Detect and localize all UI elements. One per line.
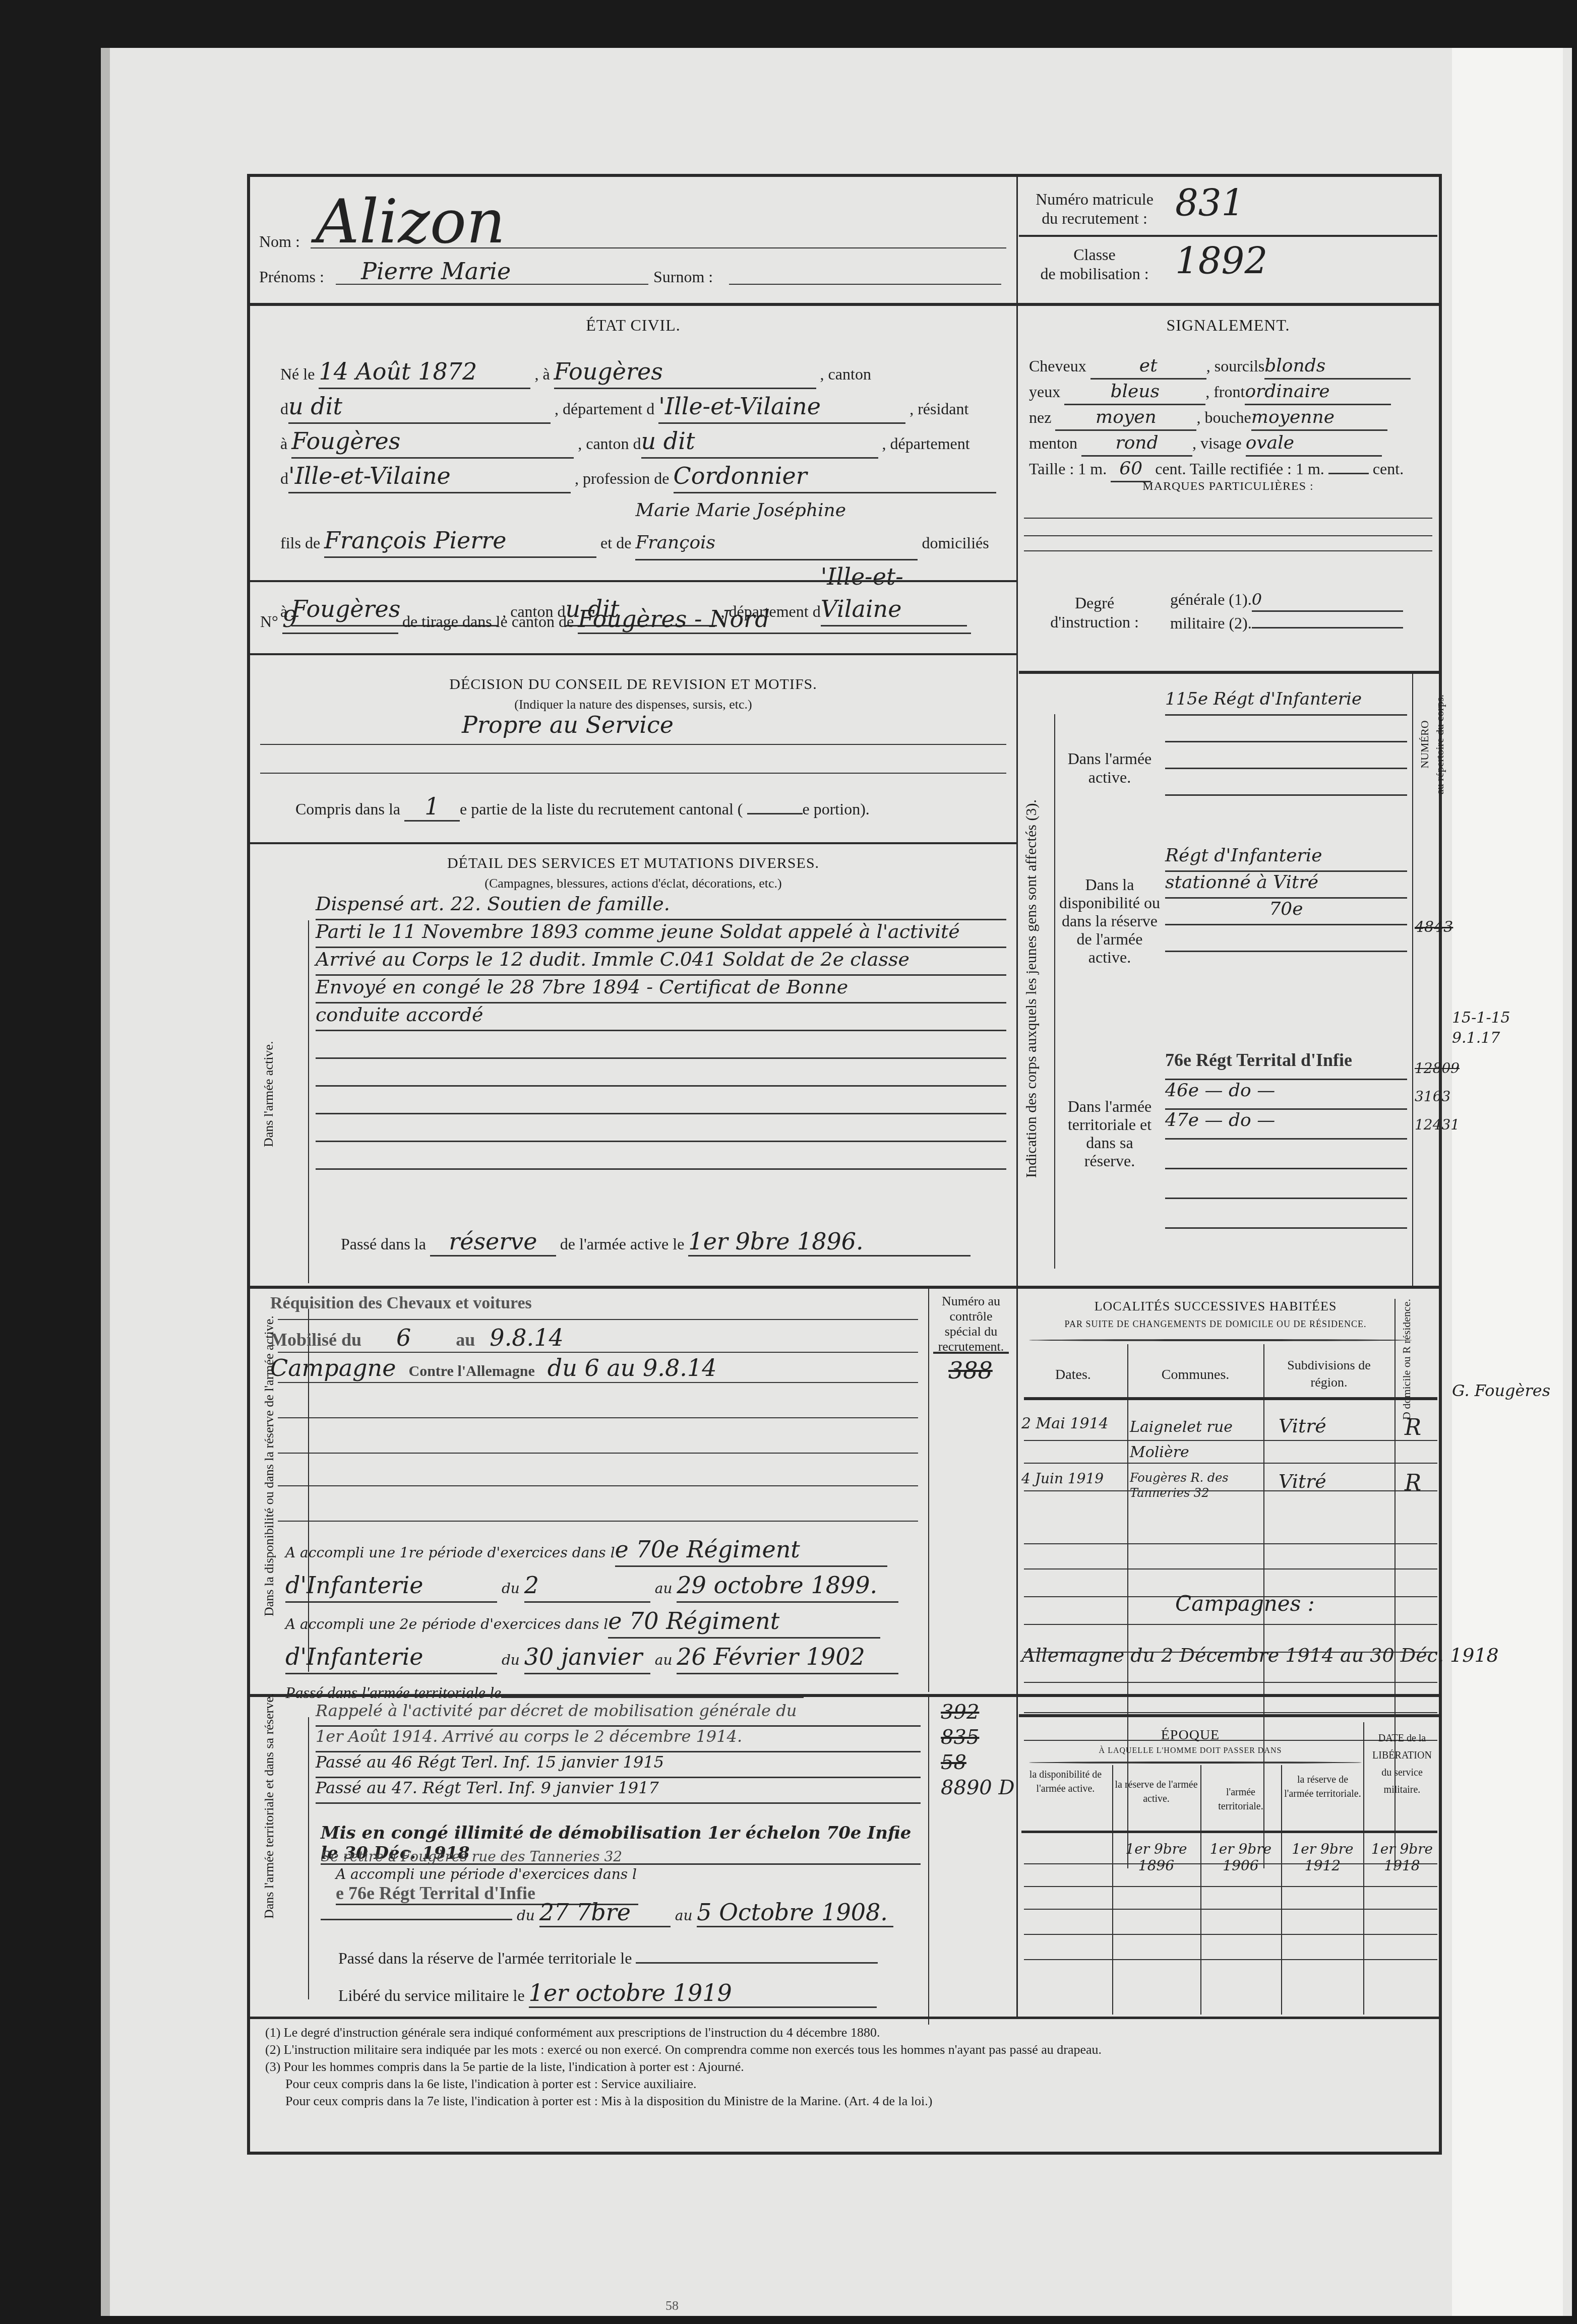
disponibilite-line — [1165, 925, 1407, 952]
militaire-label: militaire (2). — [1170, 614, 1252, 632]
visage-value: ovale — [1246, 431, 1382, 457]
passe-value-2: 1er 9bre 1896. — [688, 1228, 971, 1257]
matricule-value: 831 — [1175, 182, 1244, 224]
campagne-hw: Campagne — [270, 1354, 396, 1381]
localite-subdivision: Vitré — [1279, 1415, 1326, 1437]
taille-rectifiee-label: cent. Taille rectifiée : 1 m. — [1155, 460, 1324, 478]
etat-civil-title: ÉTAT CIVIL. — [250, 316, 1016, 335]
periode1-value: e 70e Régiment — [615, 1533, 887, 1567]
mobilise-from: 6 — [396, 1324, 411, 1351]
surnom-label: Surnom : — [653, 268, 713, 286]
disponibilite-line: 70e — [1165, 899, 1407, 925]
classe-label-1: Classe — [1029, 245, 1160, 264]
numero-repertoire-label: NUMÉRO au répertoire du corps. — [1417, 679, 1447, 810]
reserve-territoriale-row: Passé dans la réserve de l'armée territo… — [338, 1949, 923, 1968]
classe-label-2: de mobilisation : — [1029, 264, 1160, 283]
identity-block: Nom : Alizon Prénoms : Pierre Marie Surn… — [250, 177, 1016, 303]
residence-departement-value: 'Ille-et-Vilaine — [288, 460, 571, 493]
campagne-stamp: Contre l'Allemagne — [409, 1363, 535, 1379]
footnote: Pour ceux compris dans la 6e liste, l'in… — [265, 2076, 1425, 2093]
territoriale-line: Passé au 47. Régt Terl. Inf. 9 janvier 1… — [316, 1778, 921, 1804]
campagne-allemagne: Allemagne du 2 Décembre 1914 au 30 Déc. … — [1021, 1644, 1499, 1666]
epoque-col-header: la réserve de l'armée active. — [1115, 1778, 1198, 1806]
disponibilite-line: stationné à Vitré — [1165, 872, 1407, 899]
departement-value: 'Ille-et-Vilaine — [658, 390, 905, 424]
residence-a-label: à — [280, 434, 287, 453]
passe-label-2: de l'armée active le — [560, 1235, 685, 1253]
services-line — [316, 1087, 1006, 1114]
departement-label: , département d — [555, 400, 654, 418]
canton-prefix: d — [280, 400, 288, 418]
services-lines: Dispensé art. 22. Soutien de famille. Pa… — [316, 893, 1006, 1170]
territoriale-au-label: au — [675, 1907, 693, 1924]
territoriale-numero: 392 — [941, 1700, 1015, 1725]
yeux-label: yeux — [1029, 383, 1060, 401]
active-line — [1165, 742, 1407, 769]
col-dates-header: Dates. — [1019, 1367, 1127, 1383]
margin-dates: 15-1-15 9.1.17 — [1452, 1008, 1510, 1048]
record-frame: Nom : Alizon Prénoms : Pierre Marie Surn… — [247, 174, 1442, 2155]
territoriale-du: 27 7bre — [539, 1899, 671, 1927]
matricule-block: Numéro matricule du recrutement : 831 Cl… — [1019, 177, 1437, 303]
tirage-row: N° 9 de tirage dans le canton de Fougère… — [260, 605, 1006, 634]
col-communes-header: Communes. — [1127, 1367, 1263, 1383]
pere-value: François Pierre — [324, 524, 596, 558]
residence-canton-value: u dit — [641, 425, 878, 459]
localite-date: 2 Mai 1914 — [1021, 1415, 1125, 1432]
compris-label-2: e partie de la liste du recrutement cant… — [460, 800, 743, 818]
localite-dr: R — [1405, 1470, 1421, 1496]
visage-label: , visage — [1192, 434, 1242, 452]
territoriale-corps-line: 47e — do — — [1165, 1110, 1407, 1140]
nez-value: moyen — [1055, 405, 1196, 431]
bouche-value: moyenne — [1251, 405, 1387, 431]
residence-departement-prefix: d — [280, 469, 288, 487]
page-margin — [1452, 48, 1563, 2316]
services-line — [316, 1142, 1006, 1170]
tirage-canton-label: de tirage dans le canton de — [402, 612, 574, 631]
territoriale-numero: 835 — [941, 1725, 1015, 1750]
territoriale-corps-line: 46e — do — — [1165, 1080, 1407, 1110]
mobilise-au: au — [456, 1330, 475, 1350]
periode2-value: e 70 Régiment — [608, 1605, 880, 1639]
sourcils-value: blonds — [1264, 354, 1411, 380]
territoriale-side-label: Dans l'armée territoriale et dans sa rés… — [260, 1693, 278, 1919]
territoriale-corps-label: Dans l'armée territoriale et dans sa rés… — [1059, 1097, 1160, 1170]
compris-value: 1 — [404, 793, 460, 822]
profession-label: , profession de — [575, 469, 670, 487]
territoriale-numero: 8890 D — [941, 1775, 1015, 1800]
passe-reserve-row: Passé dans la réserve de l'armée active … — [341, 1228, 971, 1257]
disponibilite-corps-label: Dans la disponibilité ou dans la réserve… — [1059, 875, 1160, 966]
services-line — [316, 1114, 1006, 1142]
numero-label-2: au répertoire du corps. — [1432, 679, 1447, 810]
front-value: ordinaire — [1245, 380, 1391, 405]
cheveux-value: et — [1090, 354, 1206, 380]
territoriale-lines: Rappelé à l'activité par décret de mobil… — [316, 1701, 921, 1804]
canton-label: , canton — [820, 365, 871, 383]
localites-subtitle: PAR SUITE DE CHANGEMENTS DE DOMICILE OU … — [1019, 1319, 1412, 1330]
tirage-no-label: N° — [260, 612, 278, 631]
menton-label: menton — [1029, 434, 1077, 452]
services-title: DÉTAIL DES SERVICES ET MUTATIONS DIVERSE… — [250, 855, 1016, 872]
mobilise-label: Mobilisé du — [270, 1330, 361, 1350]
libere-value: 1er octobre 1919 — [529, 1979, 877, 2008]
reserve-territoriale-label: Passé dans la réserve de l'armée territo… — [338, 1949, 632, 1967]
territoriale-numero: 58 — [941, 1750, 1015, 1775]
campagne-dates: du 6 au 9.8.14 — [548, 1354, 717, 1381]
profession-value: Cordonnier — [674, 460, 996, 493]
epoque-value: 1er 9bre 1912 — [1284, 1841, 1362, 1874]
active-line — [1165, 769, 1407, 796]
territoriale-du-label: du — [517, 1907, 535, 1924]
periode1-block: A accompli une 1re période d'exercices d… — [285, 1533, 921, 1709]
corps-numero: 12431 — [1415, 1111, 1460, 1139]
yeux-value: bleus — [1064, 380, 1205, 405]
epoque-value: 1er 9bre 1906 — [1203, 1841, 1279, 1874]
front-label: , front — [1205, 383, 1245, 401]
residence-departement-label: , département — [882, 434, 970, 453]
territoriale-corps-line: 76e Régt Territal d'Infie — [1165, 1049, 1407, 1080]
taille-label: Taille : 1 m. — [1029, 460, 1107, 478]
epoque-col-header: la disponibilité de l'armée active. — [1021, 1768, 1110, 1796]
margin-date: 15-1-15 — [1452, 1008, 1510, 1028]
degre-label-2: d'instruction : — [1034, 612, 1155, 632]
compris-row: Compris dans la 1e partie de la liste du… — [295, 793, 870, 822]
taille-rectifiee-value — [1328, 473, 1369, 474]
nez-label: nez — [1029, 408, 1051, 426]
periode1-line2: d'Infanterie — [285, 1569, 497, 1603]
periode1-label: A accompli une 1re période d'exercices d… — [285, 1544, 615, 1561]
liberation-value: 1er 9bre 1918 — [1367, 1841, 1437, 1874]
cheveux-label: Cheveux — [1029, 357, 1086, 375]
territoriale-section: Dans l'armée territoriale et dans sa rés… — [250, 1697, 1016, 2025]
services-line: Arrivé au Corps le 12 dudit. Immle C.041… — [316, 948, 1006, 976]
epoque-title: ÉPOQUE — [1019, 1727, 1362, 1743]
requisition-stamp: Réquisition des Chevaux et voitures — [270, 1294, 532, 1313]
active-label: Dans l'armée active. — [1059, 749, 1160, 787]
epoque-col-header: l'armée territoriale. — [1203, 1785, 1279, 1813]
disponibilite-numero: 4843 — [1415, 918, 1453, 936]
tirage-canton-value: Fougères - Nord — [578, 605, 971, 634]
margin-note: G. Fougères — [1452, 1381, 1550, 1400]
nom-value: Alizon — [316, 187, 505, 257]
decision-section: DÉCISION DU CONSEIL DE REVISION ET MOTIF… — [250, 656, 1016, 822]
menton-value: rond — [1081, 431, 1192, 457]
passe-label-1: Passé dans la — [341, 1235, 426, 1253]
passe-value-1: réserve — [430, 1228, 556, 1257]
footnote: (3) Pour les hommes compris dans la 5e p… — [265, 2058, 1425, 2076]
numero-controle-value: 388 — [948, 1357, 993, 1384]
footnote: (2) L'instruction militaire sera indiqué… — [265, 2041, 1425, 2058]
taille-value: 60 — [1111, 457, 1151, 482]
prenoms-label: Prénoms : — [259, 268, 324, 286]
footnotes: (1) Le degré d'instruction générale sera… — [265, 2024, 1425, 2110]
services-line: Parti le 11 Novembre 1893 comme jeune So… — [316, 920, 1006, 948]
services-line: conduite accordé — [316, 1003, 1006, 1031]
corps-numero: 3163 — [1415, 1083, 1460, 1111]
liberation-header: DATE de la LIBÉRATION du service militai… — [1367, 1730, 1437, 1798]
ne-le-value: 14 Août 1872 — [319, 355, 530, 389]
col-subdivisions-header: Subdivisions de région. — [1268, 1357, 1389, 1391]
sourcils-label: , sourcils — [1206, 357, 1265, 375]
decision-value: Propre au Service — [462, 711, 674, 738]
territoriale-line: Passé au 46 Régt Terl. Inf. 15 janvier 1… — [316, 1752, 921, 1778]
corps-section: Indication des corps auxquels les jeunes… — [1019, 674, 1437, 1286]
residant-label: , résidant — [909, 400, 968, 418]
generale-value: 0 — [1252, 588, 1403, 612]
corps-numero: 12809 — [1415, 1054, 1460, 1083]
residence-canton-label: , canton d — [578, 434, 641, 453]
matricule-label-2: du recrutement : — [1029, 209, 1160, 228]
periode1-du-label: du — [502, 1580, 520, 1597]
epoque-value: 1er 9bre 1896 — [1115, 1841, 1198, 1874]
mere-value: Marie Marie Joséphine François — [635, 494, 918, 560]
decision-title: DÉCISION DU CONSEIL DE REVISION ET MOTIF… — [250, 676, 1016, 693]
decision-subtitle: (Indiquer la nature des dispenses, sursi… — [250, 697, 1016, 712]
epoque-subtitle: À LAQUELLE L'HOMME DOIT PASSER DANS — [1019, 1746, 1362, 1755]
territoriale-numeros: 392 835 58 8890 D — [941, 1700, 1015, 1800]
services-line — [316, 1059, 1006, 1087]
periode2-du: 30 janvier — [524, 1641, 650, 1674]
disponibilite-line: Régt d'Infanterie — [1165, 845, 1407, 872]
reserve-territoriale-value — [636, 1962, 878, 1964]
localites-title: LOCALITÉS SUCCESSIVES HABITÉES — [1019, 1299, 1412, 1314]
territoriale-line: 1er Août 1914. Arrivé au corps le 2 déce… — [316, 1727, 921, 1752]
numero-controle-header: Numéro au contrôle spécial du recrutemen… — [931, 1294, 1011, 1354]
periode2-au-label: au — [655, 1652, 673, 1668]
degre-label-1: Degré — [1034, 593, 1155, 612]
disponibilite-section: Dans la disponibilité ou dans la réserve… — [250, 1289, 1016, 1692]
periode2-du-label: du — [502, 1652, 520, 1668]
epoque-col-header: la réserve de l'armée territoriale. — [1284, 1773, 1362, 1801]
generale-label: générale (1). — [1170, 590, 1252, 608]
marques-title: MARQUES PARTICULIÈRES : — [1019, 480, 1437, 493]
ne-le-label: Né le — [280, 365, 315, 383]
etat-civil-section: ÉTAT CIVIL. Né le 14 Août 1872 , à Fougè… — [250, 306, 1016, 568]
periode1-du: 2 — [524, 1569, 650, 1603]
territoriale-periode-dates: du 27 7bre au 5 Octobre 1908. — [321, 1899, 921, 1927]
matricule-label-1: Numéro matricule — [1029, 190, 1160, 209]
prenoms-value: Pierre Marie — [361, 258, 511, 285]
numero-label-1: NUMÉRO — [1417, 679, 1432, 810]
services-subtitle: (Campagnes, blessures, actions d'éclat, … — [250, 876, 1016, 891]
territoriale-line: Rappelé à l'activité par décret de mobil… — [316, 1701, 921, 1727]
localite-commune: Fougères R. des Tanneries 32 — [1130, 1470, 1261, 1500]
periode2-au: 26 Février 1902 — [677, 1641, 898, 1674]
periode2-line2: d'Infanterie — [285, 1641, 497, 1674]
territoriale-au: 5 Octobre 1908. — [697, 1899, 893, 1927]
a-label: , à — [534, 365, 550, 383]
epoque-section: ÉPOQUE À LAQUELLE L'HOMME DOIT PASSER DA… — [1019, 1717, 1437, 2015]
margin-date: 9.1.17 — [1452, 1028, 1510, 1048]
active-line: 115e Régt d'Infanterie — [1165, 689, 1407, 716]
domicilies-label: domiciliés — [922, 534, 989, 552]
services-line: Dispensé art. 22. Soutien de famille. — [316, 893, 1006, 920]
nom-label: Nom : — [259, 232, 300, 251]
corps-side-label: Indication des corps auxquels les jeunes… — [1023, 799, 1040, 1178]
signalement-title: SIGNALEMENT. — [1019, 316, 1437, 335]
residence-value: Fougères — [291, 425, 574, 459]
lieu-naissance-value: Fougères — [554, 355, 816, 389]
services-line: Envoyé en congé le 28 7bre 1894 - Certif… — [316, 976, 1006, 1003]
localite-date: 4 Juin 1919 — [1021, 1470, 1125, 1487]
tirage-no-value: 9 — [282, 605, 398, 634]
cent-label: cent. — [1373, 460, 1404, 478]
localite-subdivision: Vitré — [1279, 1470, 1326, 1492]
periode1-au-label: au — [655, 1580, 673, 1597]
retire-line: Se retire à Fougères rue des Tanneries 3… — [321, 1848, 622, 1865]
compris-label-3: e portion). — [803, 800, 870, 818]
services-section: Dans l'armée active. DÉTAIL DES SERVICES… — [250, 845, 1016, 1298]
fils-de-label: fils de — [280, 534, 320, 552]
mobilise-to: 9.8.14 — [490, 1324, 563, 1351]
campagnes-title: Campagnes : — [1175, 1591, 1315, 1616]
canton-value: u dit — [288, 390, 551, 424]
footnote: Pour ceux compris dans la 7e liste, l'in… — [265, 2093, 1425, 2110]
periode2-label: A accompli une 2e période d'exercices da… — [285, 1616, 608, 1632]
libere-label: Libéré du service militaire le — [338, 1986, 525, 2004]
footnote: (1) Le degré d'instruction générale sera… — [265, 2024, 1425, 2041]
localite-dr: R — [1405, 1415, 1421, 1440]
territoriale-corps-numeros: 12809 3163 12431 — [1415, 1054, 1460, 1139]
bouche-label: , bouche — [1196, 408, 1251, 426]
compris-label: Compris dans la — [295, 800, 400, 818]
col-dr-header: D domicile ou R résidence. — [1400, 1299, 1414, 1420]
classe-value: 1892 — [1175, 240, 1267, 282]
et-de-label: et de — [600, 534, 631, 552]
footer-mark: 58 — [665, 2298, 679, 2313]
militaire-value — [1252, 627, 1403, 629]
services-side-label: Dans l'armée active. — [261, 1041, 276, 1147]
libere-row: Libéré du service militaire le 1er octob… — [338, 1979, 923, 2008]
active-line — [1165, 716, 1407, 742]
services-line — [316, 1031, 1006, 1059]
periode1-au: 29 octobre 1899. — [677, 1569, 898, 1603]
territoriale-periode-label: A accompli une période d'exercices dans … — [336, 1866, 637, 1882]
